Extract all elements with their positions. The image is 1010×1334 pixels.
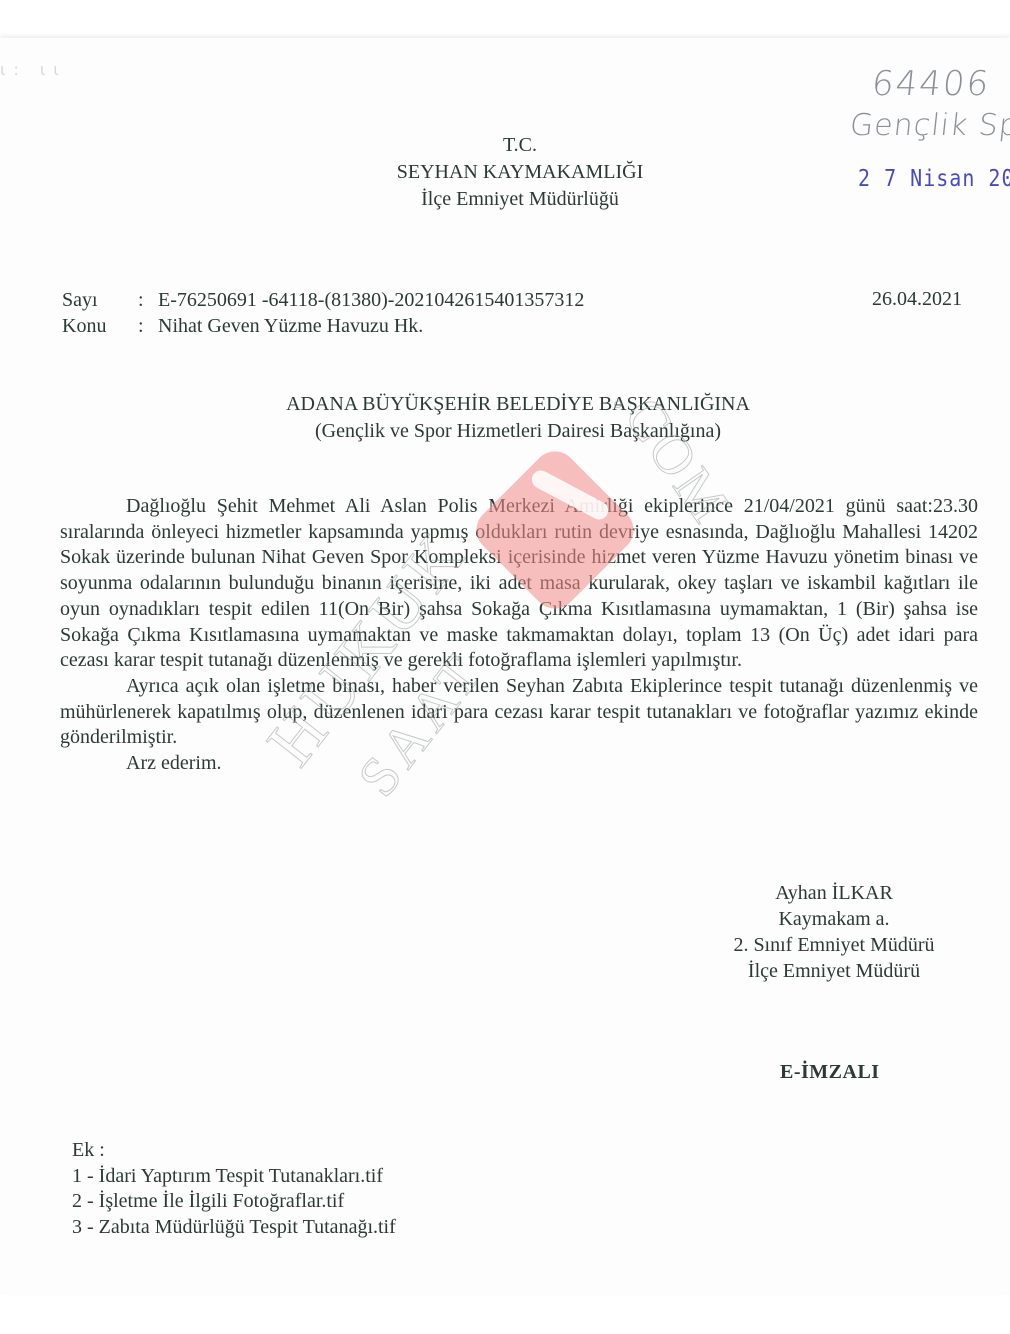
- recipient-line2: (Gençlik ve Spor Hizmetleri Dairesi Başk…: [0, 418, 1010, 445]
- attachments-block: Ek : 1 - İdari Yaptırım Tespit Tutanakla…: [72, 1138, 396, 1240]
- letterhead-department: İlçe Emniyet Müdürlüğü: [0, 186, 1010, 213]
- attachment-item: 2 - İşletme İle İlgili Fotoğraflar.tif: [72, 1189, 396, 1215]
- document-date: 26.04.2021: [872, 288, 962, 311]
- signer-role-3: İlçe Emniyet Müdürü: [700, 958, 968, 984]
- konu-separator: :: [138, 313, 158, 339]
- letterhead-authority: SEYHAN KAYMAKAMLIĞI: [0, 159, 1010, 186]
- signer-role-2: 2. Sınıf Emniyet Müdürü: [700, 932, 968, 958]
- sayi-separator: :: [138, 287, 158, 313]
- body-closing: Arz ederim.: [60, 751, 978, 777]
- signer-name: Ayhan İLKAR: [700, 880, 968, 906]
- attachment-item: 1 - İdari Yaptırım Tespit Tutanakları.ti…: [72, 1164, 396, 1190]
- body-paragraph-2: Ayrıca açık olan işletme binası, haber v…: [60, 674, 978, 751]
- body-paragraph-1: Dağlıoğlu Şehit Mehmet Ali Aslan Polis M…: [60, 494, 978, 674]
- document-meta: Sayı : E-76250691 -64118-(81380)-2021042…: [62, 287, 584, 339]
- e-signature-label: E-İMZALI: [780, 1061, 880, 1084]
- konu-row: Konu : Nihat Geven Yüzme Havuzu Hk.: [62, 313, 584, 339]
- konu-label: Konu: [62, 313, 138, 339]
- recipient-block: ADANA BÜYÜKŞEHİR BELEDİYE BAŞKANLIĞINA (…: [0, 391, 1010, 445]
- attachments-label: Ek :: [72, 1138, 396, 1164]
- letter-body: Dağlıoğlu Şehit Mehmet Ali Aslan Polis M…: [60, 494, 978, 777]
- signer-role-1: Kaymakam a.: [700, 906, 968, 932]
- letterhead: T.C. SEYHAN KAYMAKAMLIĞI İlçe Emniyet Mü…: [0, 132, 1010, 213]
- handwritten-number: 64406: [870, 64, 992, 104]
- margin-marks: ι: ιι: [0, 60, 67, 79]
- signature-block: Ayhan İLKAR Kaymakam a. 2. Sınıf Emniyet…: [700, 880, 968, 984]
- sayi-row: Sayı : E-76250691 -64118-(81380)-2021042…: [62, 287, 584, 313]
- letterhead-country: T.C.: [0, 132, 1010, 159]
- konu-value: Nihat Geven Yüzme Havuzu Hk.: [158, 313, 423, 339]
- sayi-label: Sayı: [62, 287, 138, 313]
- sayi-value: E-76250691 -64118-(81380)-20210426154013…: [158, 287, 584, 313]
- recipient-line1: ADANA BÜYÜKŞEHİR BELEDİYE BAŞKANLIĞINA: [0, 391, 1010, 418]
- attachment-item: 3 - Zabıta Müdürlüğü Tespit Tutanağı.tif: [72, 1215, 396, 1241]
